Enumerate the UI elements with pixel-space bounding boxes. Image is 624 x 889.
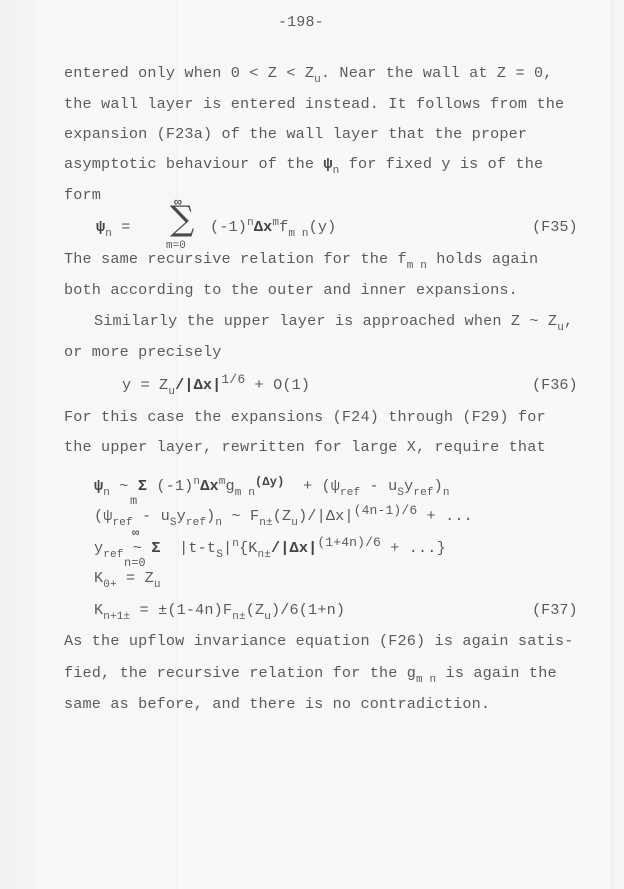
text: |t-t xyxy=(161,539,217,557)
text: ) xyxy=(434,477,443,495)
text: (ψ xyxy=(94,507,113,525)
text-line-13: fied, the recursive relation for the gm … xyxy=(64,664,557,682)
text: K xyxy=(94,569,103,587)
subscript: S xyxy=(397,487,404,499)
subscript: u xyxy=(314,74,321,86)
subscript: n± xyxy=(259,517,273,529)
psi-symbol: ψ xyxy=(94,477,103,495)
text-line-7: both according to the outer and inner ex… xyxy=(64,281,518,299)
superscript: (4n-1)/6 xyxy=(354,503,418,518)
text: - u xyxy=(133,507,170,525)
equation-line-1: ψn ~ Σ (-1)nΔxmgm n(Δy) + (ψref - uSyref… xyxy=(94,477,450,495)
text: holds again xyxy=(427,250,538,268)
subscript: n± xyxy=(258,549,272,561)
subscript: ref xyxy=(103,549,123,561)
subscript: S xyxy=(216,549,223,561)
text: - u xyxy=(360,477,397,495)
sum-upper-limit: ∞ xyxy=(132,526,139,540)
summation-icon: Σ xyxy=(138,477,147,495)
subscript: ref xyxy=(340,487,360,499)
text: ~ F xyxy=(222,507,259,525)
text: K xyxy=(94,601,103,619)
subscript: m n xyxy=(235,487,255,499)
subscript: m n xyxy=(407,260,427,272)
equation-number: (F36) xyxy=(532,376,578,394)
equation-line-3: yref ~ Σ |t-tS|n{Kn±/|Δx|(1+4n)/6 + ...} xyxy=(94,539,446,557)
text-line-2: the wall layer is entered instead. It fo… xyxy=(64,95,564,113)
superscript: n xyxy=(247,217,254,229)
superscript: n xyxy=(232,538,239,550)
psi-symbol: ψ xyxy=(96,218,105,236)
subscript: 0+ xyxy=(103,579,117,591)
equals: = xyxy=(112,218,140,236)
psi-symbol: ψ xyxy=(323,155,332,173)
subscript: n xyxy=(333,165,340,177)
text-line-12: As the upflow invariance equation (F26) … xyxy=(64,632,574,650)
subscript: ref xyxy=(413,487,433,499)
document-page: -198- entered only when 0 < Z < Zu. Near… xyxy=(0,0,624,889)
text-line-5: form xyxy=(64,186,101,204)
equation-line-2: (ψref - uSyref)n ~ Fn±(Zu)/|Δx|(4n-1)/6 … xyxy=(94,507,473,525)
page-number: -198- xyxy=(278,14,324,31)
text: is again the xyxy=(436,664,556,682)
equation-lhs: ψn = xyxy=(96,218,140,236)
text: asymptotic behaviour of the xyxy=(64,155,323,173)
text-line-1: entered only when 0 < Z < Zu. Near the w… xyxy=(64,64,553,82)
text: + ... xyxy=(417,507,473,525)
text: y xyxy=(177,507,186,525)
subscript: S xyxy=(170,517,177,529)
superscript: 1/6 xyxy=(221,372,245,387)
text: /|Δx| xyxy=(271,539,317,557)
text: (Δy) xyxy=(255,475,284,489)
text: | xyxy=(223,539,232,557)
text-line-9: or more precisely xyxy=(64,343,222,361)
subscript: m n xyxy=(288,228,308,240)
subscript: n xyxy=(105,228,112,240)
text: fied, the recursive relation for the g xyxy=(64,664,416,682)
text: )/|Δx| xyxy=(298,507,354,525)
equation-number: (F35) xyxy=(532,218,578,236)
text: ~ xyxy=(124,539,152,557)
text-line-14: same as before, and there is no contradi… xyxy=(64,695,490,713)
subscript: n xyxy=(103,487,110,499)
text: ~ xyxy=(110,477,138,495)
superscript: n xyxy=(193,476,200,488)
text: . Near the wall at Z = 0, xyxy=(321,64,553,82)
subscript: u xyxy=(264,611,271,623)
superscript: m xyxy=(219,476,226,488)
text: )/6(1+n) xyxy=(271,601,345,619)
text: , xyxy=(564,312,573,330)
delta-x: Δx xyxy=(254,218,273,236)
sum-lower-limit: m xyxy=(130,494,137,508)
sum-lower-limit: n=0 xyxy=(124,556,146,570)
superscript: (1+4n)/6 xyxy=(317,535,381,550)
text: entered only when 0 < Z < Z xyxy=(64,64,314,82)
summation-icon: Σ xyxy=(151,539,160,557)
subscript: u xyxy=(168,386,175,398)
text-line-10: For this case the expansions (F24) throu… xyxy=(64,408,546,426)
text: (Z xyxy=(246,601,265,619)
equation-body: (-1)nΔxmfm n(y) xyxy=(210,218,336,236)
text: + (ψ xyxy=(284,477,340,495)
equation-line-4: K0+ = Zu xyxy=(94,569,161,587)
equation-body: y = Zu/|Δx|1/6 + O(1) xyxy=(122,376,310,394)
text: = ±(1-4n)F xyxy=(130,601,232,619)
subscript: n± xyxy=(232,611,246,623)
text: (y) xyxy=(309,218,337,236)
subscript: u xyxy=(154,579,161,591)
text: = Z xyxy=(117,569,154,587)
text: y xyxy=(404,477,413,495)
equation-line-5: Kn+1± = ±(1-4n)Fn±(Zu)/6(1+n) xyxy=(94,601,345,619)
text: for fixed y is of the xyxy=(339,155,543,173)
subscript: u xyxy=(291,517,298,529)
text: y = Z xyxy=(122,376,168,394)
text: g xyxy=(225,477,234,495)
subscript: ref xyxy=(186,517,206,529)
subscript: n xyxy=(443,487,450,499)
text: + O(1) xyxy=(245,376,310,394)
text: The same recursive relation for the f xyxy=(64,250,407,268)
text: (Z xyxy=(273,507,292,525)
text: {K xyxy=(239,539,258,557)
delta-x: Δx xyxy=(200,477,219,495)
superscript: m xyxy=(272,217,279,229)
subscript: ref xyxy=(113,517,133,529)
text: + ...} xyxy=(381,539,446,557)
subscript: n xyxy=(215,517,222,529)
text-line-3: expansion (F23a) of the wall layer that … xyxy=(64,125,527,143)
text-line-8: Similarly the upper layer is approached … xyxy=(94,312,573,330)
text: Similarly the upper layer is approached … xyxy=(94,312,557,330)
text-line-4: asymptotic behaviour of the ψn for fixed… xyxy=(64,155,543,173)
subscript: n+1± xyxy=(103,611,130,623)
text: (-1) xyxy=(210,218,247,236)
summation-icon: ∑ xyxy=(170,199,194,239)
text: (-1) xyxy=(147,477,193,495)
subscript: m n xyxy=(416,674,436,686)
text: y xyxy=(94,539,103,557)
text: f xyxy=(279,218,288,236)
text-line-11: the upper layer, rewritten for large X, … xyxy=(64,438,546,456)
text: /|Δx| xyxy=(175,376,221,394)
equation-number: (F37) xyxy=(532,601,578,619)
text-line-6: The same recursive relation for the fm n… xyxy=(64,250,538,268)
subscript: u xyxy=(557,322,564,334)
